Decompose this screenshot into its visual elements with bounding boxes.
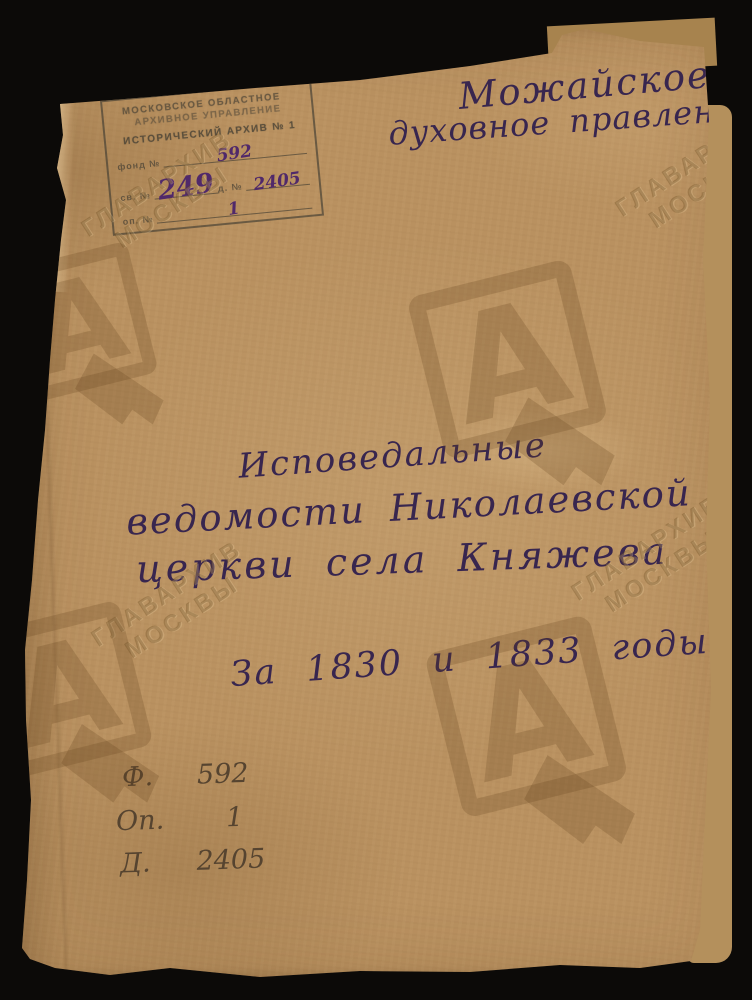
archival-scan-background: МОСКОВСКОЕ ОБЛАСТНОЕ АРХИВНОЕ УПРАВЛЕНИЕ… [0,0,752,1000]
document-cover: МОСКОВСКОЕ ОБЛАСТНОЕ АРХИВНОЕ УПРАВЛЕНИЕ… [0,0,752,1000]
pencil-delo-label: Д. [120,847,152,879]
stamp-opis-value: 1 [227,203,241,218]
stamp-delo-line: 2405 [245,170,310,191]
glavarkhiv-logo-watermark-icon: А [0,237,179,458]
pencil-delo-value: 2405 [196,843,266,876]
pencil-fond-value: 592 [196,758,249,791]
stamp-delo-value: 2405 [253,172,302,192]
pencil-ref-delo: Д. 2405 [120,843,266,879]
pencil-opis-value: 1 [226,802,244,834]
